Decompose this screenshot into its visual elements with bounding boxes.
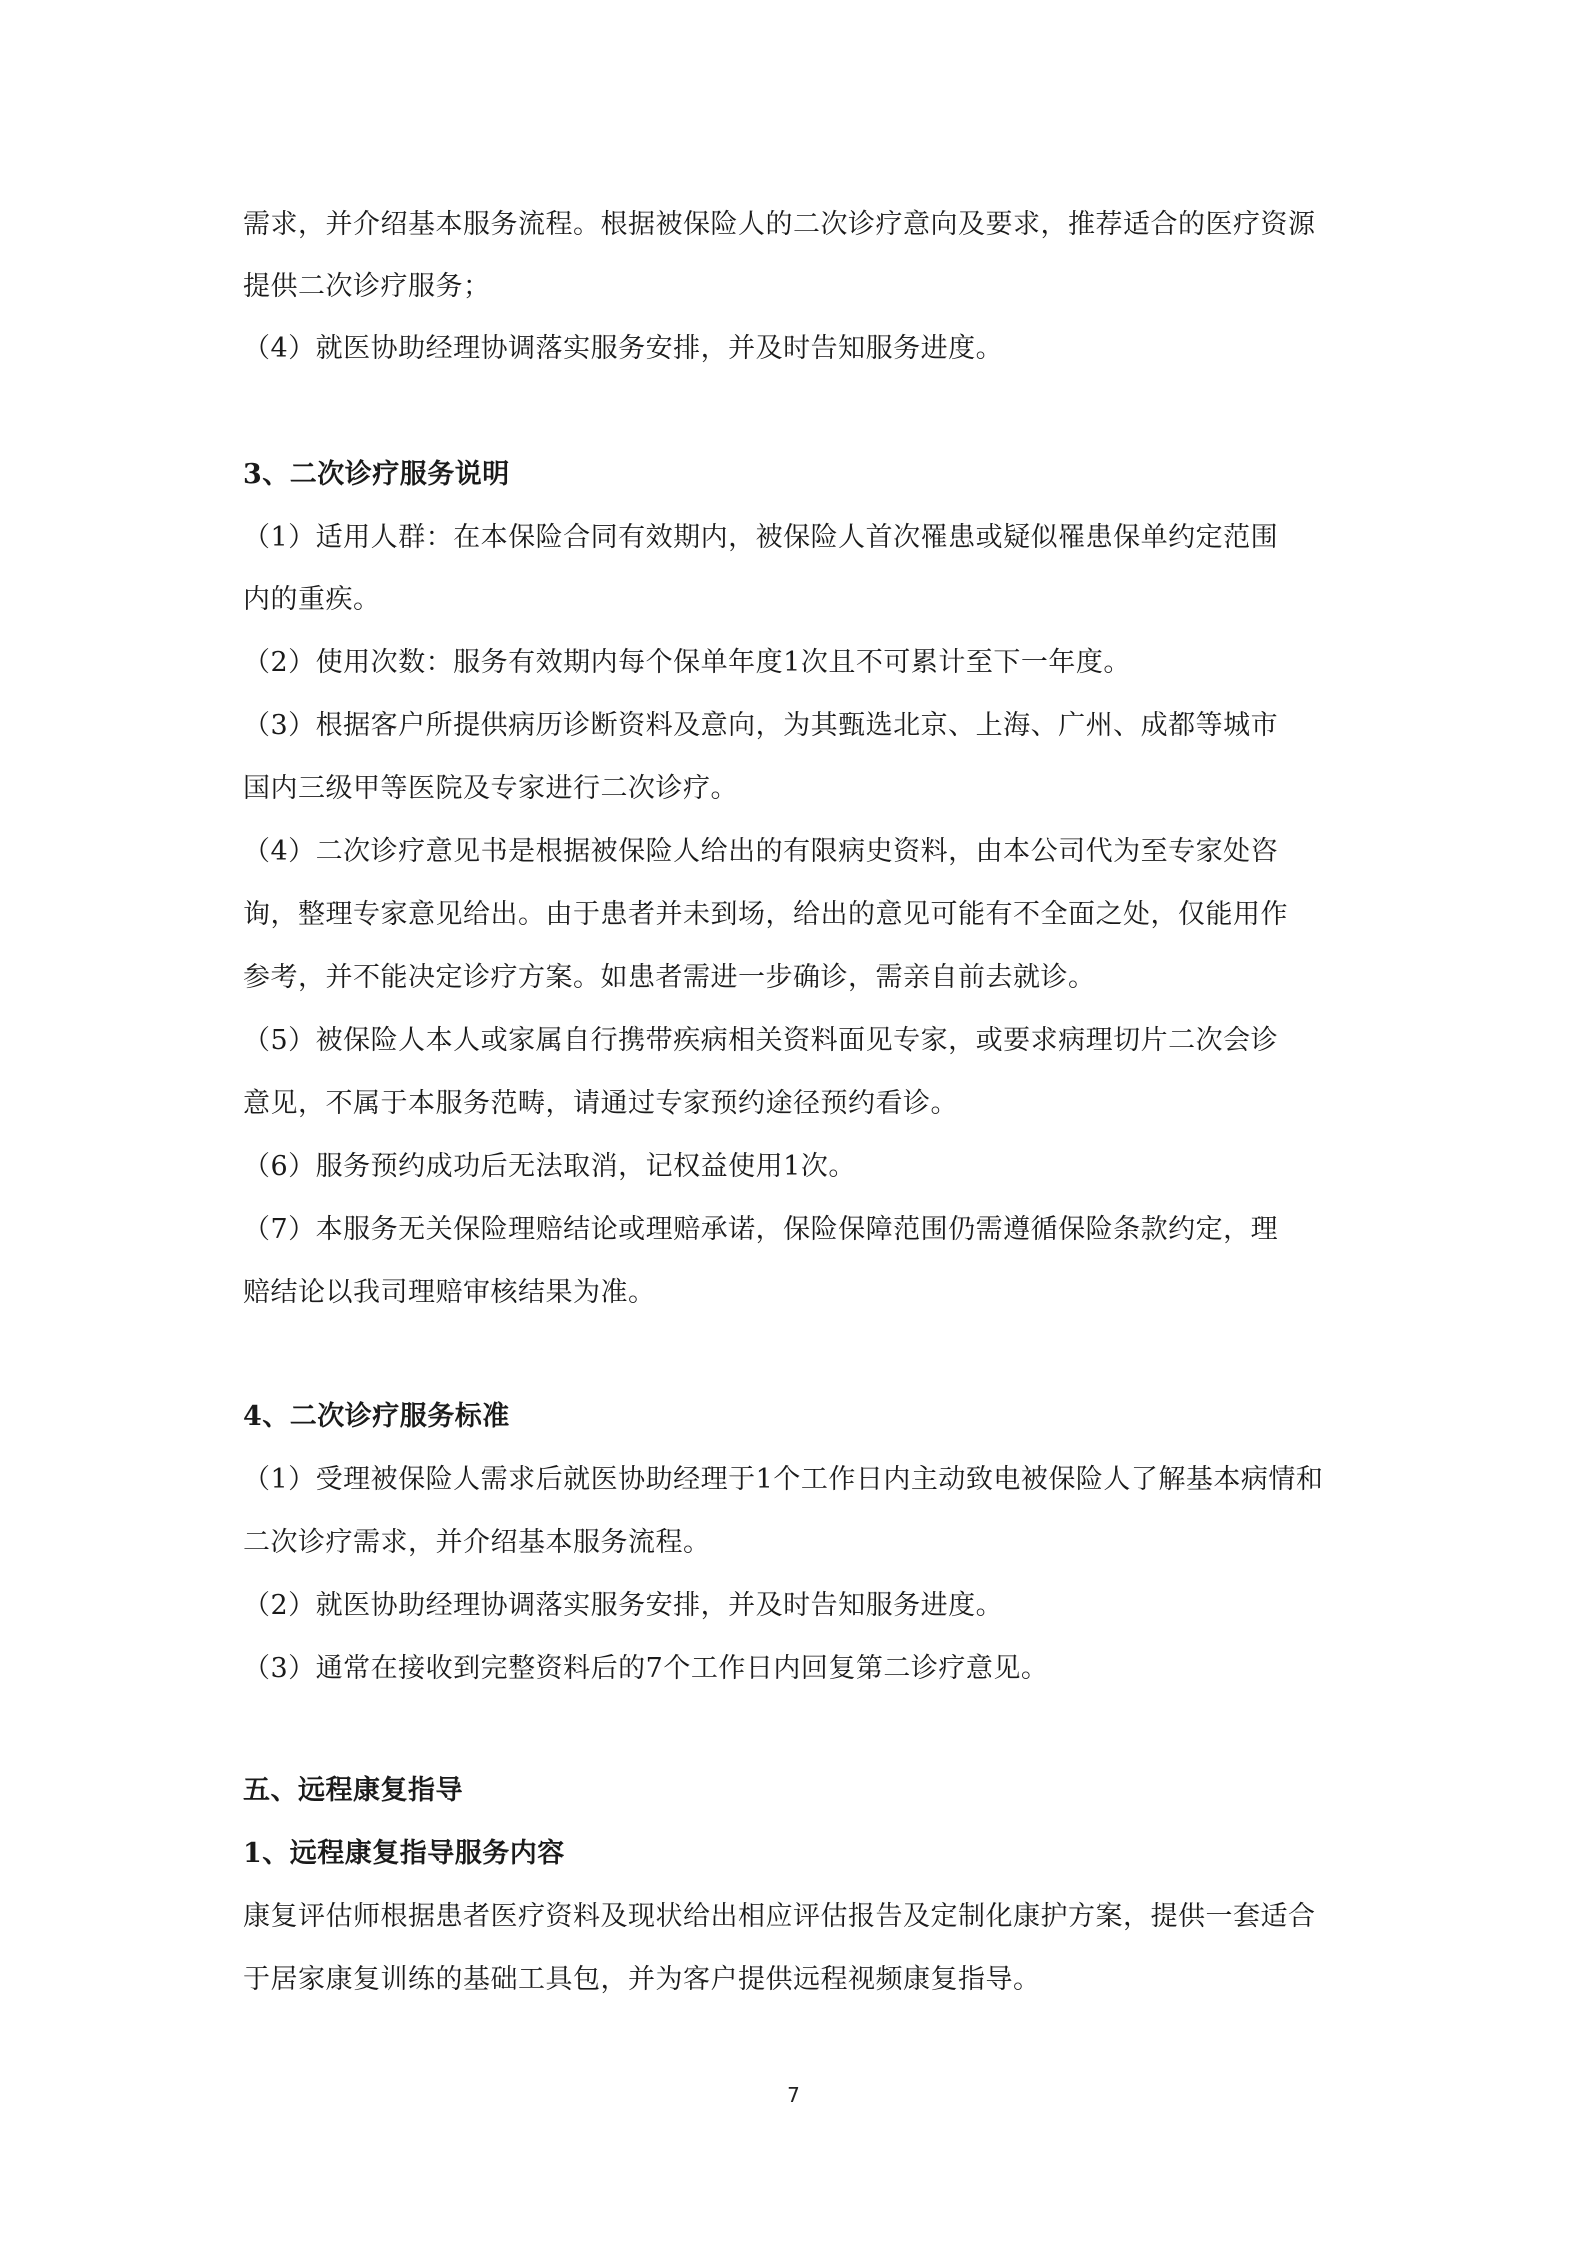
text-line: 意见，不属于本服务范畴，请通过专家预约途径预约看诊。 [243, 1087, 1353, 1121]
text-line: 于居家康复训练的基础工具包，并为客户提供远程视频康复指导。 [243, 1963, 1353, 1997]
chapter-heading: 五、远程康复指导 [243, 1774, 1353, 1808]
list-item: （2）使用次数：服务有效期内每个保单年度1次且不可累计至下一年度。 [243, 646, 1353, 680]
text-line: 需求，并介绍基本服务流程。根据被保险人的二次诊疗意向及要求，推荐适合的医疗资源 [243, 208, 1353, 242]
text-line: 康复评估师根据患者医疗资料及现状给出相应评估报告及定制化康护方案，提供一套适合 [243, 1900, 1353, 1934]
list-item: （4）就医协助经理协调落实服务安排，并及时告知服务进度。 [243, 332, 1353, 366]
list-item: （7）本服务无关保险理赔结论或理赔承诺，保险保障范围仍需遵循保险条款约定，理 [243, 1213, 1353, 1247]
list-item: （1）受理被保险人需求后就医协助经理于1个工作日内主动致电被保险人了解基本病情和 [243, 1463, 1353, 1497]
list-item: （3）通常在接收到完整资料后的7个工作日内回复第二诊疗意见。 [243, 1652, 1353, 1686]
section-heading: 3、二次诊疗服务说明 [243, 458, 1353, 492]
list-item: （5）被保险人本人或家属自行携带疾病相关资料面见专家，或要求病理切片二次会诊 [243, 1024, 1353, 1058]
list-item: （6）服务预约成功后无法取消，记权益使用1次。 [243, 1150, 1353, 1184]
text-line: 提供二次诊疗服务； [243, 270, 1353, 304]
text-line: 参考，并不能决定诊疗方案。如患者需进一步确诊，需亲自前去就诊。 [243, 961, 1353, 995]
list-item: （3）根据客户所提供病历诊断资料及意向，为其甄选北京、上海、广州、成都等城市 [243, 709, 1353, 743]
section-heading: 4、二次诊疗服务标准 [243, 1400, 1353, 1434]
text-line: 询，整理专家意见给出。由于患者并未到场，给出的意见可能有不全面之处，仅能用作 [243, 898, 1353, 932]
list-item: （4）二次诊疗意见书是根据被保险人给出的有限病史资料，由本公司代为至专家处咨 [243, 835, 1353, 869]
text-line: 赔结论以我司理赔审核结果为准。 [243, 1276, 1353, 1310]
section-heading: 1、远程康复指导服务内容 [243, 1837, 1353, 1871]
list-item: （2）就医协助经理协调落实服务安排，并及时告知服务进度。 [243, 1589, 1353, 1623]
page-number: 7 [0, 2083, 1587, 2107]
list-item: （1）适用人群：在本保险合同有效期内，被保险人首次罹患或疑似罹患保单约定范围 [243, 521, 1353, 555]
text-line: 国内三级甲等医院及专家进行二次诊疗。 [243, 772, 1353, 806]
text-line: 内的重疾。 [243, 583, 1353, 617]
text-line: 二次诊疗需求，并介绍基本服务流程。 [243, 1526, 1353, 1560]
